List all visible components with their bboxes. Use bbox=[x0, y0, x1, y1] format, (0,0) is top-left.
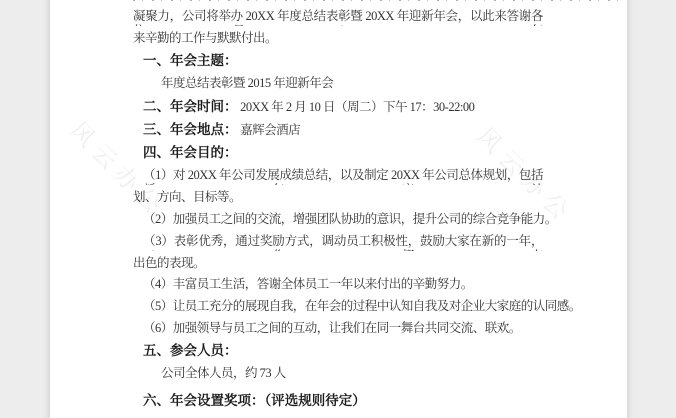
heading-attendees: 五、参会人员： bbox=[143, 343, 238, 359]
document-viewer-canvas: 风云办公 风云办公 凝聚力，公司将举办 20XX 年度总结表彰暨 20XX 年迎… bbox=[0, 0, 676, 418]
purpose-item-6: （6）加强领导与员工之间的互动，让我们在同一舞台共同交流、联欢。 bbox=[143, 321, 521, 336]
page-content-area: 风云办公 风云办公 凝聚力，公司将举办 20XX 年度总结表彰暨 20XX 年迎… bbox=[50, 0, 627, 418]
heading-theme: 一、年会主题： bbox=[143, 53, 238, 69]
heading-awards: 六、年会设置奖项：（评选规则待定） bbox=[143, 393, 366, 409]
heading-time: 二、年会时间： 20XX 年 2 月 10 日（周二）下午 17：30-22:0… bbox=[143, 99, 474, 115]
purpose-item-1-line-2: 划、方向、目标等。 bbox=[133, 190, 241, 205]
theme-value: 年度总结表彰暨 2015 年迎新年会 bbox=[161, 76, 333, 91]
heading-purpose: 四、年会目的： bbox=[143, 145, 238, 161]
purpose-item-3-line-1: （3）表彰优秀，通过奖励方式，调动员工积极性，鼓励大家在新的一年，工作都有 bbox=[143, 234, 543, 251]
purpose-item-3-line-2: 出色的表现。 bbox=[133, 256, 205, 271]
clipped-previous-line bbox=[133, 0, 627, 1]
purpose-item-4: （4）丰富员工生活，答谢全体员工一年以来付出的辛勤努力。 bbox=[143, 277, 473, 292]
document-page: 风云办公 风云办公 凝聚力，公司将举办 20XX 年度总结表彰暨 20XX 年迎… bbox=[50, 0, 627, 418]
attendees-value: 公司全体人员，约 73 人 bbox=[161, 366, 286, 381]
paragraph-intro-line-2: 来辛勤的工作与默默付出。 bbox=[133, 31, 277, 46]
paragraph-intro-line-1: 凝聚力，公司将举办 20XX 年度总结表彰暨 20XX 年迎新年会，以此来答谢各… bbox=[133, 9, 543, 26]
purpose-item-2: （2）加强员工之间的交流，增强团队协助的意识，提升公司的综合竞争能力。 bbox=[143, 212, 557, 227]
purpose-item-5: （5）让员工充分的展现自我，在年会的过程中认知自我及对企业大家庭的认同感。 bbox=[143, 299, 581, 314]
purpose-item-1-line-1: （1）对 20XX 年公司发展成绩总结，以及制定 20XX 年公司总体规划，包括… bbox=[143, 168, 543, 185]
heading-location: 三、年会地点： 嘉辉会酒店 bbox=[143, 122, 300, 138]
